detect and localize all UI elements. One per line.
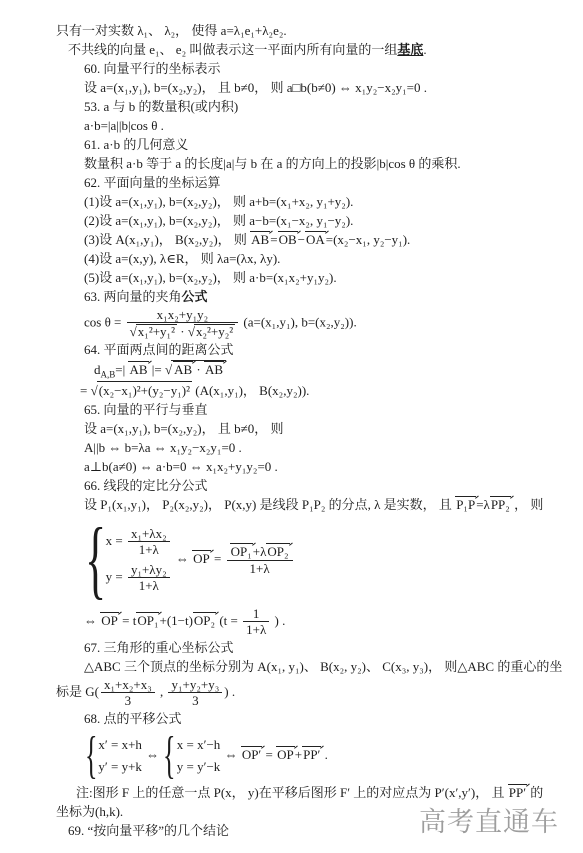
vector-overline: PP′ <box>302 746 321 763</box>
square-root: √(x₂−x₁)²+(y₂−y₁)² <box>91 381 192 400</box>
fraction: 11+λ <box>243 607 269 637</box>
document-line: 数量积 a·b 等于 a 的长度|a|与 b 在 a 的方向上的投影|b|cos… <box>84 155 572 173</box>
radicand: x₂²+y₂² <box>194 324 235 339</box>
vector-overline: P₁P <box>455 496 476 513</box>
equation-row: y = y′−k <box>177 758 221 776</box>
denominator: 1+λ <box>128 578 170 593</box>
document-line: (4)设 a=(x,y), λ∈R， 则 λa=(λx, λy). <box>84 250 572 268</box>
fraction: x₁+x₂+x₃3 <box>101 678 155 708</box>
numerator: 1 <box>243 607 269 622</box>
equation-system: {x′ = x+hy′ = y+k <box>85 730 142 782</box>
document-line: 65. 向量的平行与垂直 <box>84 401 572 419</box>
document-line: 只有一对实数 λ₁、 λ₂， 使得 a=λ₁e₁+λ₂e₂. <box>56 22 572 40</box>
document-line: 68. 点的平移公式 <box>84 710 572 728</box>
vector-overline: OP <box>100 612 119 629</box>
left-brace: { <box>85 516 94 604</box>
equations-column: x = x₁+λx₂1+λy = y₁+λy₂1+λ <box>106 526 172 594</box>
document-line: 注:图形 F 上的任意一点 P(x， y)在平移后图形 F′ 上的对应点为 P′… <box>76 784 572 802</box>
document-line: A||b ⇔ b=λa ⇔ x₁y₂−x₂y₁=0 . <box>84 439 572 457</box>
square-root: √AB · AB <box>165 360 226 379</box>
vector-overline: AB <box>204 361 224 378</box>
document-body: 只有一对实数 λ₁、 λ₂， 使得 a=λ₁e₁+λ₂e₂.不共线的向量 e₁、… <box>56 22 572 841</box>
subscript: A,B <box>101 370 116 380</box>
vector-overline: AB <box>128 361 148 378</box>
equation-system: {x = x₁+λx₂1+λy = y₁+λy₂1+λ <box>85 516 172 604</box>
fraction: x₁x₂+y₁y₂√x₁²+y₁² · √x₂²+y₂² <box>127 308 239 339</box>
document-line: 设 P₁(x₁,y₁)， P₂(x₂,y₂)， P(x,y) 是线段 P₁P₂ … <box>84 496 572 514</box>
denominator: 1+λ <box>227 561 293 576</box>
numerator: y₁+y₂+y₃ <box>168 678 222 693</box>
numerator: x₁+x₂+x₃ <box>101 678 155 693</box>
denominator: 3 <box>168 693 222 708</box>
denominator: √x₁²+y₁² · √x₂²+y₂² <box>127 323 239 339</box>
vector-overline: OA <box>305 231 326 248</box>
equation-system: {x = x′−hy = y′−k <box>163 730 220 782</box>
vector-overline: OP₂ <box>193 612 216 629</box>
document-page: 只有一对实数 λ₁、 λ₂， 使得 a=λ₁e₁+λ₂e₂.不共线的向量 e₁、… <box>0 0 583 853</box>
denominator: 1+λ <box>128 542 170 557</box>
vector-overline: OB <box>278 231 298 248</box>
fraction: y₁+λy₂1+λ <box>128 563 170 593</box>
radicand: x₁²+y₁² <box>136 324 177 339</box>
document-line: 66. 线段的定比分公式 <box>84 477 572 495</box>
document-line: 53. a 与 b 的数量积(或内积) <box>84 98 572 116</box>
equation-row: y = y₁+λy₂1+λ <box>106 562 172 594</box>
document-line: (5)设 a=(x₁,y₁), b=(x₂,y₂)， 则 a·b=(x₁x₂+y… <box>84 269 572 287</box>
vector-overline: OP <box>276 746 295 763</box>
document-line: {x = x₁+λx₂1+λy = y₁+λy₂1+λ ⇔ OP = OP₁+λ… <box>84 515 572 605</box>
vector-overline: AB <box>250 231 270 248</box>
equation-row: x = x′−h <box>177 736 221 754</box>
document-line: {x′ = x+hy′ = y+k ⇔ {x = x′−hy = y′−k ⇔ … <box>84 729 572 783</box>
radicand: (x₂−x₁)²+(y₂−y₁)² <box>97 381 192 400</box>
left-brace: { <box>163 730 168 782</box>
fraction: OP₁+λOP₂1+λ <box>227 543 293 576</box>
numerator: y₁+λy₂ <box>128 563 170 578</box>
vector-overline: OP <box>192 550 211 567</box>
equations-column: x′ = x+hy′ = y+k <box>98 736 142 776</box>
vector-overline: PP₂ <box>490 496 511 513</box>
equation-row: y′ = y+k <box>98 758 142 776</box>
document-line: 62. 平面向量的坐标运算 <box>84 174 572 192</box>
document-line: a·b=|a||b|cos θ . <box>84 117 572 135</box>
document-line: 60. 向量平行的坐标表示 <box>84 60 572 78</box>
document-line: 设 a=(x₁,y₁), b=(x₂,y₂)， 且 b≠0， 则 <box>84 420 572 438</box>
numerator: OP₁+λOP₂ <box>227 543 293 561</box>
equation-row: x = x₁+λx₂1+λ <box>106 526 172 558</box>
text-run: 基底 <box>397 42 423 57</box>
document-line: 64. 平面两点间的距离公式 <box>84 341 572 359</box>
document-line: 标是 G(x₁+x₂+x₃3 , y₁+y₂+y₃3) . <box>56 677 572 709</box>
document-line: 61. a·b 的几何意义 <box>84 136 572 154</box>
equation-row: x′ = x+h <box>98 736 142 754</box>
fraction: x₁+λx₂1+λ <box>128 527 170 557</box>
document-line: dA,B=| AB |= √AB · AB <box>94 360 572 380</box>
denominator: 3 <box>101 693 155 708</box>
text-run: 公式 <box>182 289 208 304</box>
document-line: = √(x₂−x₁)²+(y₂−y₁)² (A(x₁,y₁)， B(x₂,y₂)… <box>80 381 572 400</box>
document-line: cos θ = x₁x₂+y₁y₂√x₁²+y₁² · √x₂²+y₂² (a=… <box>84 307 572 340</box>
document-line: △ABC 三个顶点的坐标分别为 A(x₁, y₁)、 B(x₂, y₂)、 C(… <box>84 658 572 676</box>
fraction: y₁+y₂+y₃3 <box>168 678 222 708</box>
denominator: 1+λ <box>243 622 269 637</box>
document-line: (3)设 A(x₁,y₁)， B(x₂,y₂)， 则 AB=OB−OA=(x₂−… <box>84 231 572 249</box>
vector-overline: AB <box>173 361 193 378</box>
document-line: 67. 三角形的重心坐标公式 <box>84 639 572 657</box>
equations-column: x = x′−hy = y′−k <box>177 736 221 776</box>
vector-overline: PP′ <box>508 784 527 801</box>
square-root: √x₂²+y₂² <box>188 324 235 339</box>
vector-overline: OP₁ <box>136 612 159 629</box>
document-line: 不共线的向量 e₁、 e₂ 叫做表示这一平面内所有向量的一组基底. <box>68 41 572 59</box>
left-brace: { <box>85 730 90 782</box>
vector-overline: OP′ <box>241 746 262 763</box>
document-line: (2)设 a=(x₁,y₁), b=(x₂,y₂)， 则 a−b=(x₁−x₂,… <box>84 212 572 230</box>
document-line: 63. 两向量的夹角公式 <box>84 288 572 306</box>
document-line: a⊥b(a≠0) ⇔ a·b=0 ⇔ x₁x₂+y₁y₂=0 . <box>84 458 572 476</box>
radicand: AB · AB <box>171 360 226 379</box>
document-line: 设 a=(x₁,y₁), b=(x₂,y₂)， 且 b≠0， 则 a□b(b≠0… <box>84 79 572 97</box>
document-line: (1)设 a=(x₁,y₁), b=(x₂,y₂)， 则 a+b=(x₁+x₂,… <box>84 193 572 211</box>
vector-overline: OP₁ <box>230 543 253 560</box>
vector-overline: OP₂ <box>266 543 289 560</box>
numerator: x₁+λx₂ <box>128 527 170 542</box>
numerator: x₁x₂+y₁y₂ <box>127 308 239 323</box>
document-line: ⇔ OP = tOP₁+(1−t)OP₂ (t = 11+λ ) . <box>84 606 572 638</box>
watermark: 高考直通车 <box>419 800 559 839</box>
square-root: √x₁²+y₁² <box>130 324 177 339</box>
